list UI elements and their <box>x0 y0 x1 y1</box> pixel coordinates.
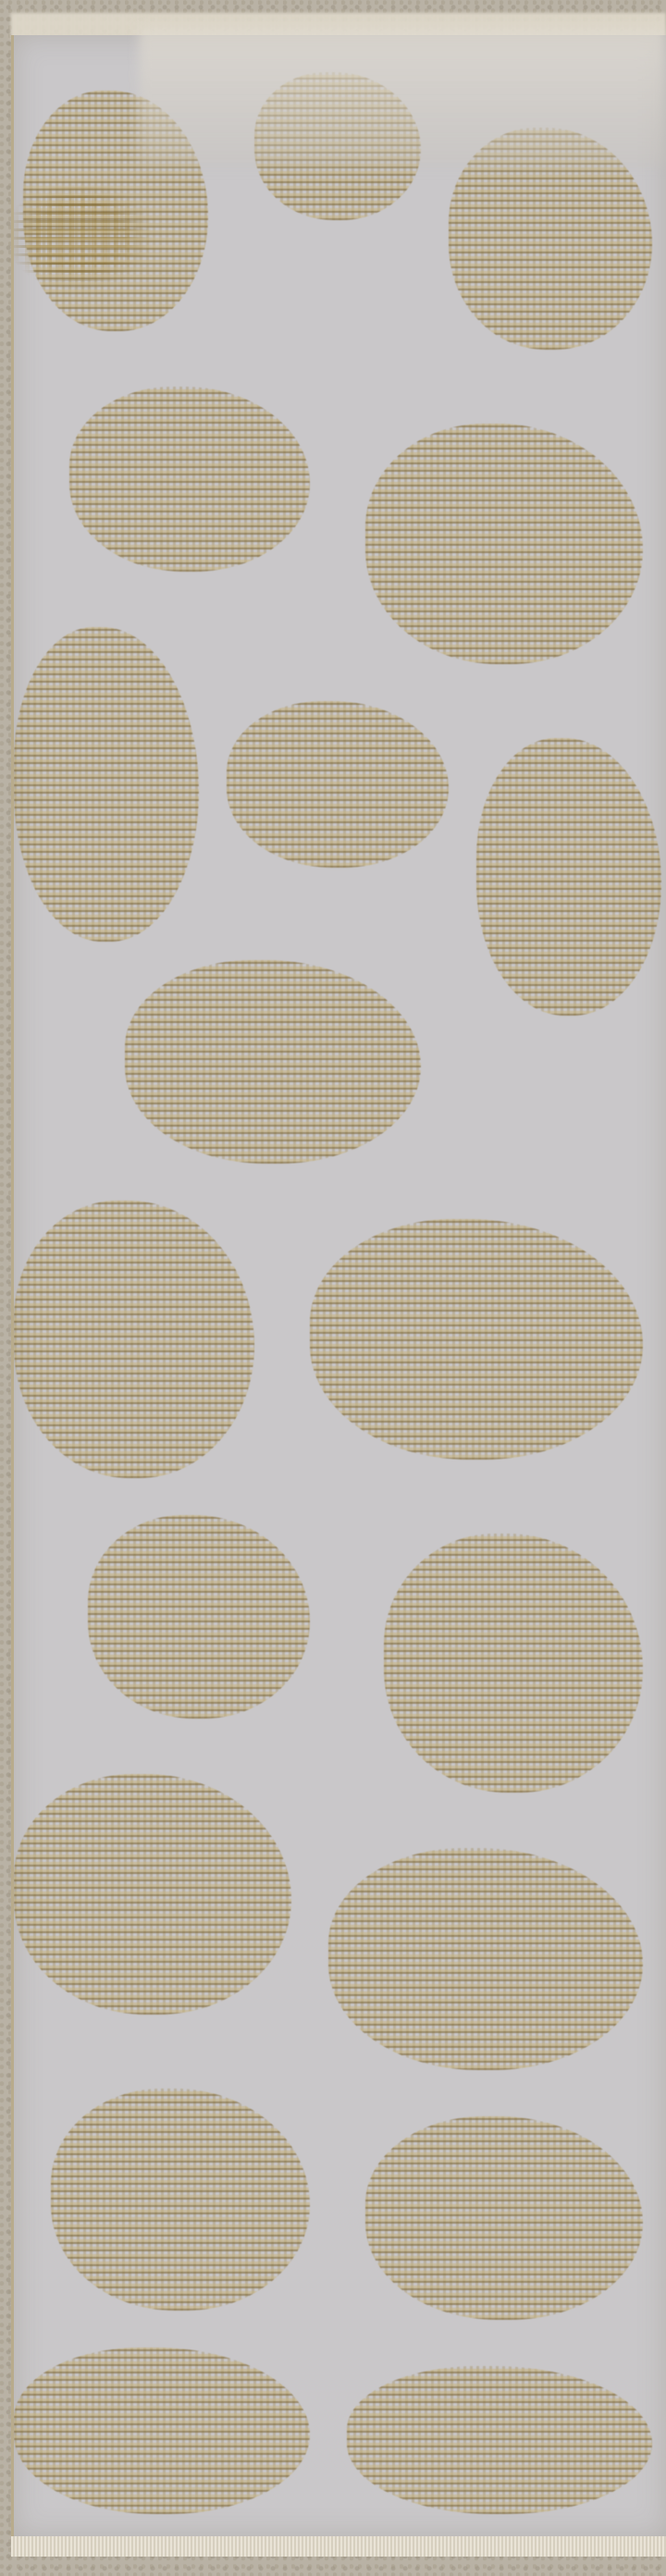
rug-pattern <box>14 35 666 2537</box>
photo-scene <box>0 0 666 2576</box>
bottom-fringe <box>11 2536 666 2557</box>
rug-runner <box>11 35 666 2537</box>
motion-blur-region <box>139 28 666 166</box>
